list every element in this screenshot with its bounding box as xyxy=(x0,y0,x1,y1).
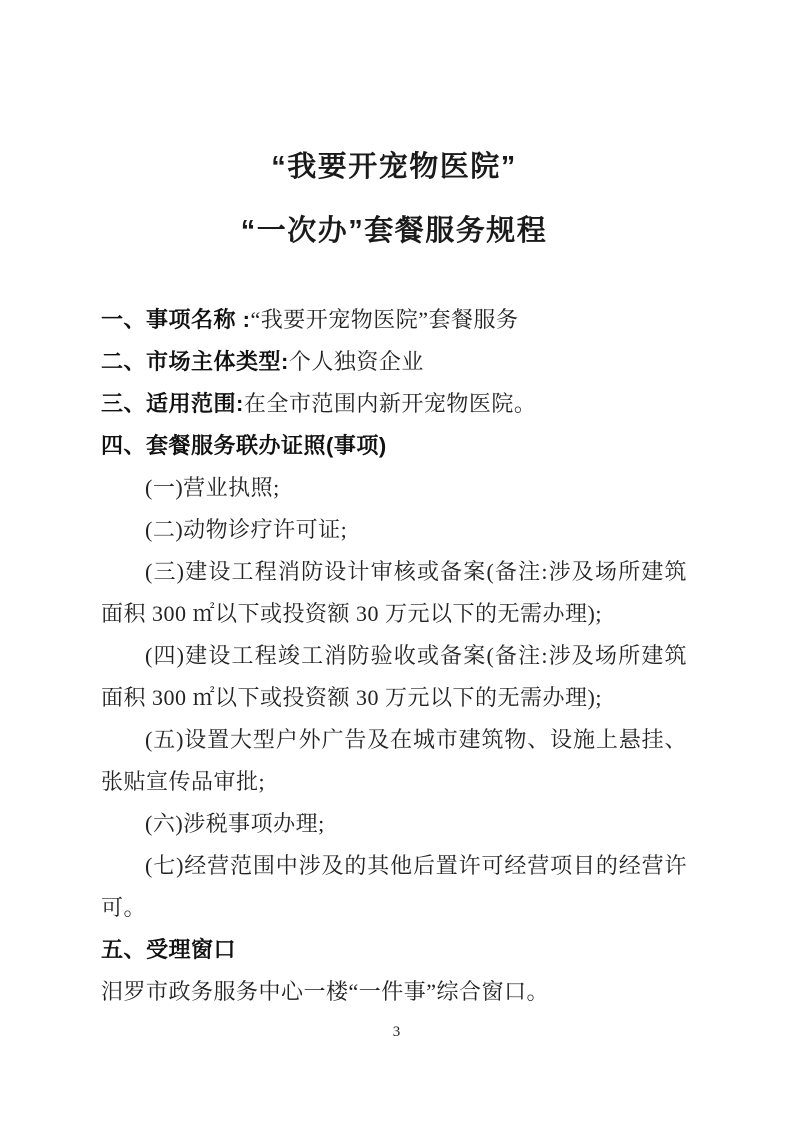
section-5-text: 汨罗市政务服务中心一楼“一件事”综合窗口。 xyxy=(101,971,687,1013)
section-5-label: 五、受理窗口 xyxy=(101,937,236,962)
section-heading-1: 一、事项名称 :“我要开宠物医院”套餐服务 xyxy=(101,299,687,341)
section-heading-5: 五、受理窗口 xyxy=(101,929,687,971)
section-2-label: 二、市场主体类型: xyxy=(101,349,289,374)
list-item-7: (七)经营范围中涉及的其他后置许可经营项目的经营许可。 xyxy=(101,845,687,929)
page-number: 3 xyxy=(0,1024,793,1041)
section-2-value: 个人独资企业 xyxy=(289,349,424,374)
document-title-line-1: “我要开宠物医院” xyxy=(101,150,687,184)
section-1-value: “我要开宠物医院”套餐服务 xyxy=(250,307,518,332)
list-item-5: (五)设置大型户外广告及在城市建筑物、设施上悬挂、张贴宣传品审批; xyxy=(101,719,687,803)
section-heading-4: 四、套餐服务联办证照(事项) xyxy=(101,425,687,467)
document-content: “我要开宠物医院” “一次办”套餐服务规程 一、事项名称 :“我要开宠物医院”套… xyxy=(101,150,687,1013)
document-body: 一、事项名称 :“我要开宠物医院”套餐服务 二、市场主体类型:个人独资企业 三、… xyxy=(101,299,687,1013)
list-item-3: (三)建设工程消防设计审核或备案(备注:涉及场所建筑面积 300 ㎡以下或投资额… xyxy=(101,551,687,635)
document-title-line-2: “一次办”套餐服务规程 xyxy=(101,214,687,248)
list-item-1: (一)营业执照; xyxy=(101,467,687,509)
list-item-6: (六)涉税事项办理; xyxy=(101,803,687,845)
section-3-value: 在全市范围内新开宠物医院。 xyxy=(244,391,537,416)
section-heading-2: 二、市场主体类型:个人独资企业 xyxy=(101,341,687,383)
section-1-label: 一、事项名称 : xyxy=(101,307,250,332)
section-3-label: 三、适用范围: xyxy=(101,391,244,416)
list-item-4: (四)建设工程竣工消防验收或备案(备注:涉及场所建筑面积 300 ㎡以下或投资额… xyxy=(101,635,687,719)
list-item-2: (二)动物诊疗许可证; xyxy=(101,509,687,551)
document-page: “我要开宠物医院” “一次办”套餐服务规程 一、事项名称 :“我要开宠物医院”套… xyxy=(0,0,793,1122)
section-heading-3: 三、适用范围:在全市范围内新开宠物医院。 xyxy=(101,383,687,425)
section-4-label: 四、套餐服务联办证照(事项) xyxy=(101,433,387,458)
